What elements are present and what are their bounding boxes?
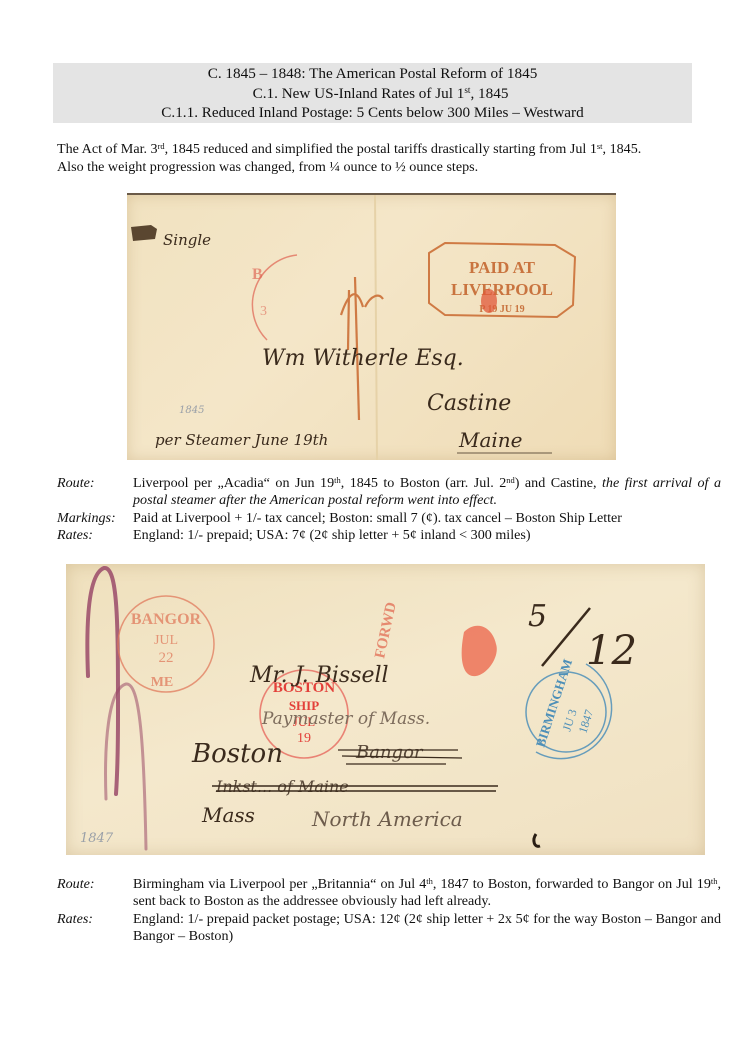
cover-1-caption: Route: Liverpool per „Acadia“ on Jun 19t… <box>57 475 721 545</box>
svg-text:ME: ME <box>151 675 174 690</box>
markings-row: Markings: Paid at Liverpool + 1/- tax ca… <box>57 510 721 527</box>
address-country: North America <box>311 807 463 831</box>
pencil-year: 1847 <box>80 831 114 846</box>
bangor-postmark: BANGOR JUL 22 ME <box>118 596 214 692</box>
single-notation: Single <box>163 231 211 249</box>
chapter-title: C. 1845 – 1848: The American Postal Refo… <box>53 64 692 84</box>
address-name: Mr. J. Bissell <box>249 663 389 688</box>
cover-1-image: Single B 3 PAID AT LIVERPOOL P 19 JU 19 … <box>127 193 616 460</box>
route-text: Birmingham via Liverpool per „Britannia“… <box>133 876 721 911</box>
rates-label: Rates: <box>57 527 133 544</box>
svg-text:3: 3 <box>260 304 267 319</box>
rates-label: Rates: <box>57 911 133 946</box>
markings-text: Paid at Liverpool + 1/- tax cancel; Bost… <box>133 510 721 527</box>
cover-1-markings: Single B 3 PAID AT LIVERPOOL P 19 JU 19 … <box>127 195 616 460</box>
rates-text: England: 1/- prepaid; USA: 7¢ (2¢ ship l… <box>133 527 721 544</box>
subsection-title: C.1.1. Reduced Inland Postage: 5 Cents b… <box>53 103 692 123</box>
svg-text:LIVERPOOL: LIVERPOOL <box>451 280 553 299</box>
svg-text:19: 19 <box>297 731 311 746</box>
ship-endorsement: per Steamer June 19th <box>155 431 328 449</box>
intro-line-2: Also the weight progression was changed,… <box>57 159 737 177</box>
svg-text:PAID AT: PAID AT <box>469 258 536 277</box>
route-label: Route: <box>57 475 133 510</box>
markings-label: Markings: <box>57 510 133 527</box>
forwarded-mark: FORWD <box>372 601 400 660</box>
svg-text:22: 22 <box>159 650 174 666</box>
pencil-year: 1845 <box>179 405 204 416</box>
address-title: Paymaster of Mass. <box>261 709 430 729</box>
route-row: Route: Birmingham via Liverpool per „Bri… <box>57 876 721 911</box>
paid-at-liverpool-stamp: PAID AT LIVERPOOL P 19 JU 19 <box>429 243 575 317</box>
address-state: Mass <box>201 803 255 827</box>
cover-2-caption: Route: Birmingham via Liverpool per „Bri… <box>57 876 721 946</box>
rates-row: Rates: England: 1/- prepaid packet posta… <box>57 911 721 946</box>
section-title: C.1. New US-Inland Rates of Jul 1st, 184… <box>53 84 692 104</box>
rate-12: 12 <box>586 628 637 674</box>
address-name: Wm Witherle Esq. <box>262 346 464 371</box>
struck-address-1: Bangor <box>355 742 424 763</box>
route-row: Route: Liverpool per „Acadia“ on Jun 19t… <box>57 475 721 510</box>
svg-text:BANGOR: BANGOR <box>131 611 202 628</box>
address-town: Castine <box>427 391 511 416</box>
intro-line-1: The Act of Mar. 3rd, 1845 reduced and si… <box>57 141 737 159</box>
address-city: Boston <box>191 739 283 769</box>
svg-text:B: B <box>252 266 263 283</box>
rates-text: England: 1/- prepaid packet postage; USA… <box>133 911 721 946</box>
svg-text:BIRMINGHAM: BIRMINGHAM <box>533 657 576 749</box>
section-header-banner: C. 1845 – 1848: The American Postal Refo… <box>53 63 692 123</box>
cover-2-markings: BANGOR JUL 22 ME BOSTON SHIP JUL 19 FORW… <box>66 564 705 855</box>
rate-5: 5 <box>528 599 547 634</box>
rates-row: Rates: England: 1/- prepaid; USA: 7¢ (2¢… <box>57 527 721 544</box>
route-text: Liverpool per „Acadia“ on Jun 19th, 1845… <box>133 475 721 510</box>
intro-paragraph: The Act of Mar. 3rd, 1845 reduced and si… <box>57 141 737 176</box>
svg-text:JUL: JUL <box>154 633 178 648</box>
cover-2-image: BANGOR JUL 22 ME BOSTON SHIP JUL 19 FORW… <box>66 564 705 855</box>
address-state: Maine <box>458 428 523 452</box>
route-label: Route: <box>57 876 133 911</box>
